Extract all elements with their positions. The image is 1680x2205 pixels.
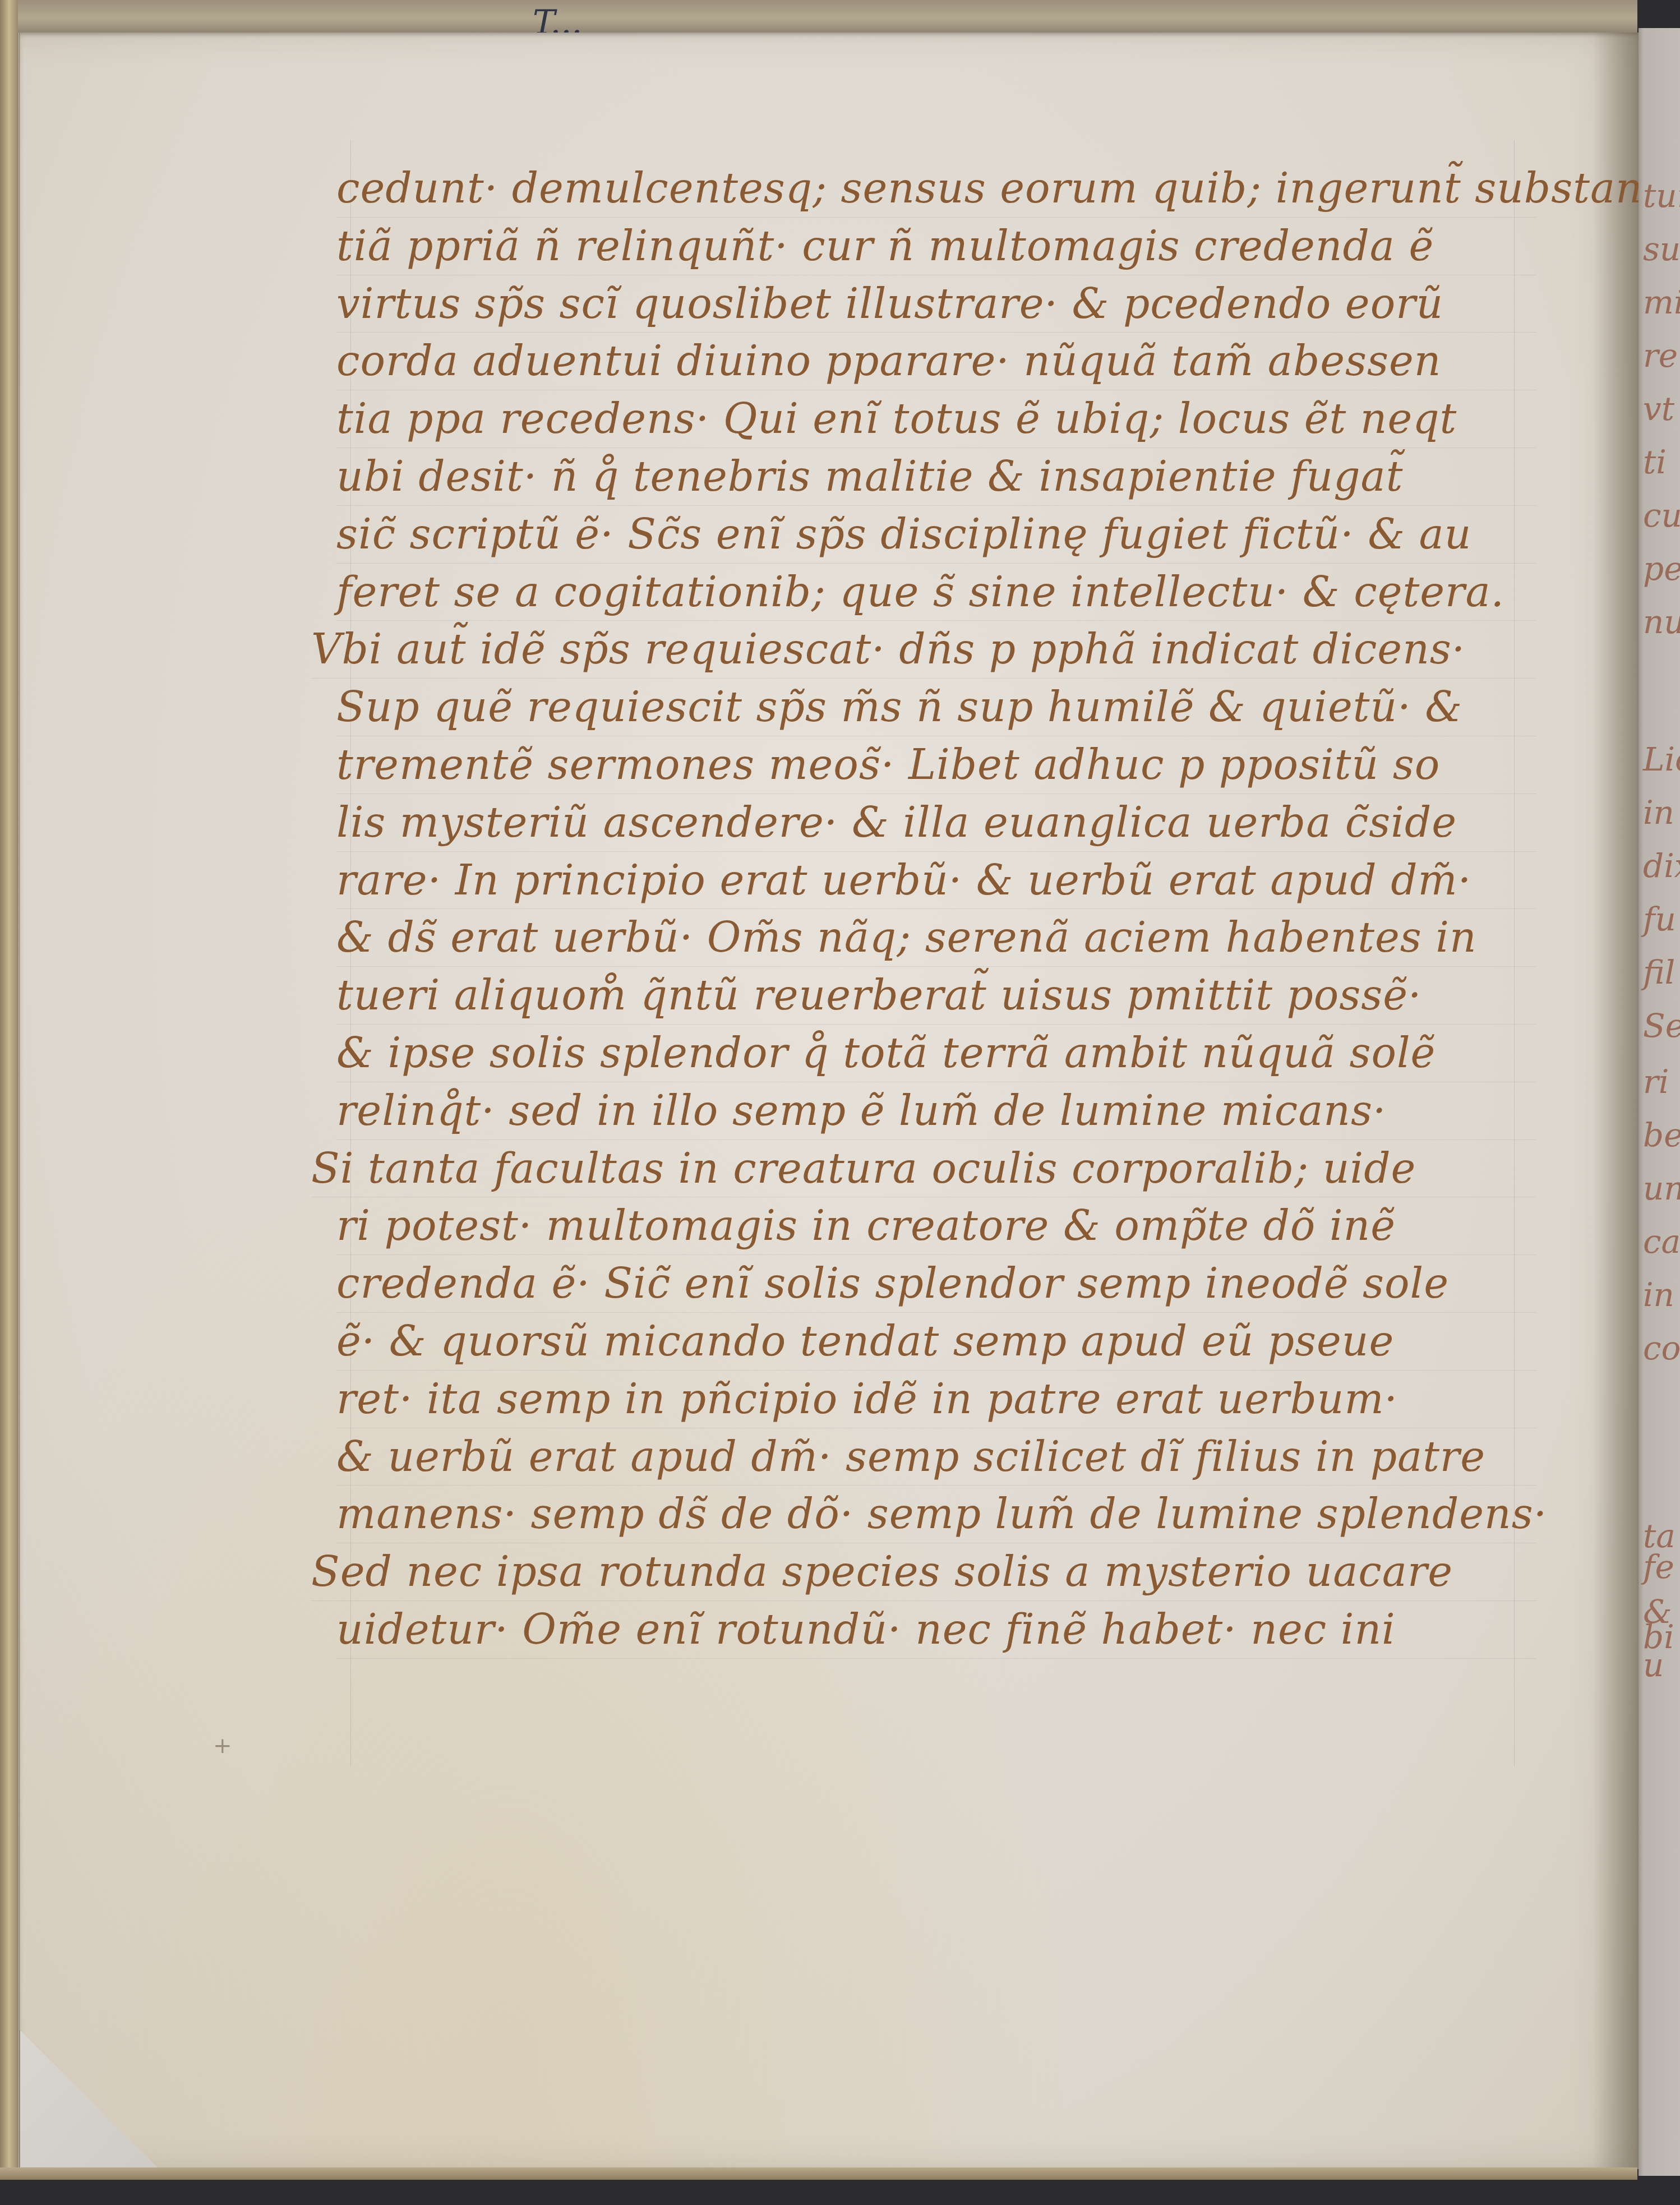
manuscript-line-23: & uerbũ erat apud dm̃· semp scilicet dĩ …	[336, 1428, 1536, 1486]
manuscript-line-4: corda aduentui diuino pparare· nũquã tam…	[336, 333, 1536, 390]
adjacent-fragment: in	[1643, 1276, 1674, 1314]
adjacent-fragment: nu	[1643, 603, 1680, 641]
manuscript-line-19: ri potest· multomagis in creatore & omp̃…	[336, 1197, 1536, 1255]
manuscript-line-9: Vbi aut̃ idẽ sp̃s requiescat· dñs p pphã…	[311, 621, 1536, 679]
adjacent-fragment: cu	[1643, 496, 1680, 534]
manuscript-text-block: cedunt· demulcentesq; sensus eorum quib;…	[336, 160, 1536, 1659]
manuscript-line-13: rare· In principio erat uerbũ· & uerbũ e…	[336, 852, 1536, 910]
manuscript-line-17: relinq̊t· sed in illo semp ẽ lum̃ de lum…	[336, 1082, 1536, 1140]
binding-top-edge	[0, 0, 1637, 34]
manuscript-line-20: credenda ẽ· Sic̃ enĩ solis splendor semp…	[336, 1255, 1536, 1313]
manuscript-line-2: tiã ppriã ñ relinquñt· cur ñ multomagis …	[336, 218, 1536, 275]
adjacent-fragment: in	[1643, 794, 1674, 832]
manuscript-line-22: ret· ita semp in pñcipio idẽ in patre er…	[336, 1371, 1536, 1428]
adjacent-fragment: tur	[1643, 177, 1680, 215]
adjacent-fragment: dix	[1643, 847, 1680, 885]
adjacent-fragment: ti	[1643, 443, 1667, 481]
adjacent-fragment: co	[1643, 1329, 1680, 1367]
adjacent-fragment: vt h	[1643, 390, 1680, 428]
binding-bottom-edge	[0, 2167, 1637, 2180]
manuscript-line-18: Si tanta facultas in creatura oculis cor…	[311, 1140, 1536, 1198]
manuscript-line-8: feret se a cogitationib; que s̃ sine int…	[336, 564, 1536, 621]
manuscript-line-12: lis mysteriũ ascendere· & illa euanglica…	[336, 794, 1536, 852]
manuscript-line-5: tia ppa recedens· Qui enĩ totus ẽ ubiq; …	[336, 390, 1536, 448]
manuscript-line-7: sic̃ scriptũ ẽ· Sc̃s enĩ sp̃s disciplinę…	[336, 506, 1536, 564]
binding-left-edge	[0, 0, 18, 2170]
manuscript-line-16: & ipse solis splendor q̊ totã terrã ambi…	[336, 1025, 1536, 1082]
adjacent-fragment: un	[1643, 1169, 1680, 1207]
adjacent-folio-edge: tur sup mi re vt h ti cu pe nu Lic in di…	[1639, 28, 1680, 2176]
manuscript-line-6: ubi desit· ñ q̊ tenebris malitie & insap…	[336, 448, 1536, 506]
manuscript-line-21: ẽ· & quorsũ micando tendat semp apud eũ …	[336, 1313, 1536, 1371]
manuscript-line-10: Sup quẽ requiescit sp̃s m̃s ñ sup humilẽ…	[336, 679, 1536, 736]
manuscript-line-25: Sed nec ipsa rotunda species solis a mys…	[311, 1543, 1536, 1601]
manuscript-line-1: cedunt· demulcentesq; sensus eorum quib;…	[336, 160, 1536, 218]
adjacent-fragment: re	[1643, 336, 1678, 375]
manuscript-line-14: & ds̃ erat uerbũ· Om̃s nãq; serenã aciem…	[336, 909, 1536, 967]
adjacent-fragment: sup	[1643, 230, 1680, 268]
adjacent-fragment: mi	[1643, 283, 1680, 321]
manuscript-line-3: virtus sp̃s scĩ quoslibet illustrare· & …	[336, 275, 1536, 333]
adjacent-fragment: fe	[1643, 1548, 1674, 1586]
gutter-shadow	[1593, 33, 1639, 2169]
manuscript-line-11: trementẽ sermones meos̃· Libet adhuc p p…	[336, 736, 1536, 794]
adjacent-fragment: fil	[1643, 953, 1675, 991]
adjacent-fragment: u	[1643, 1646, 1664, 1684]
adjacent-fragment: ri	[1643, 1063, 1669, 1101]
adjacent-fragment: fu	[1643, 900, 1676, 938]
manuscript-line-15: tueri aliquom̊ q̃ntũ reuerberat̃ uisus p…	[336, 967, 1536, 1025]
margin-cross-mark: +	[213, 1733, 232, 1759]
adjacent-fragment: ca	[1643, 1223, 1680, 1261]
adjacent-fragment: Sec	[1643, 1007, 1680, 1045]
adjacent-fragment: be	[1643, 1116, 1680, 1154]
manuscript-line-24: manens· semp ds̃ de dõ· semp lum̃ de lum…	[336, 1486, 1536, 1543]
adjacent-fragment: Lic	[1643, 740, 1680, 778]
adjacent-fragment: pe	[1643, 550, 1680, 588]
manuscript-line-26: uidetur· Om̃e enĩ rotundũ· nec finẽ habe…	[336, 1601, 1536, 1659]
